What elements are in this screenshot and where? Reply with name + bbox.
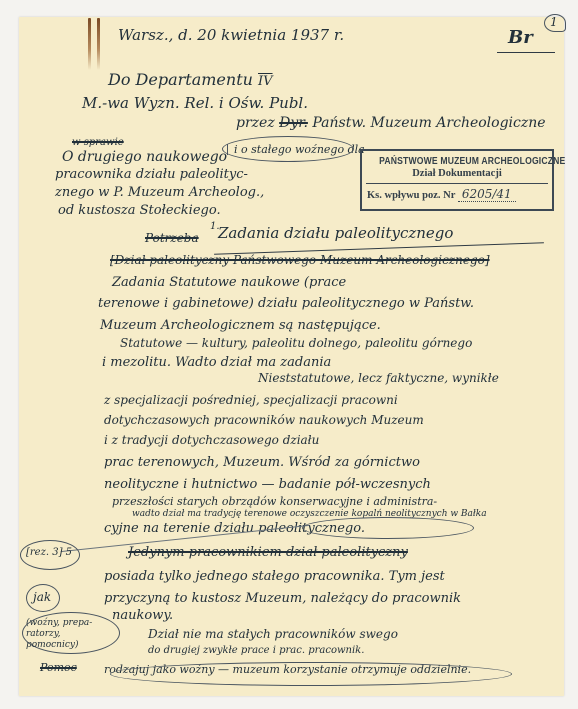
margin-note-3: (woźny, prepa-ratorzy, pomocnicy) (26, 618, 112, 650)
body-line: do drugiej zwykłe prace i prac. pracowni… (148, 646, 364, 656)
margin-note-4: Pomoc (40, 662, 77, 673)
stamp-entry: Ks. wpływu poz. Nr 6205/41 (367, 187, 552, 201)
subject-line-1: O drugiego naukowego (62, 150, 227, 164)
stamp-entry-number: 6205/41 (458, 187, 516, 202)
margin-note-1: [rez. 3] 5 (26, 548, 72, 558)
insertion-loop-bottom (110, 662, 512, 686)
body-line: Zadania Statutowe naukowe (prace (112, 276, 346, 289)
date-line: Warsz., d. 20 kwietnia 1937 r. (118, 28, 344, 43)
body-line: prac terenowych, Muzeum. Wśród za górnic… (104, 456, 420, 469)
heading: Zadania działu paleolitycznego (218, 226, 453, 241)
stamp-divider (366, 183, 548, 184)
addressee-line-3: przez Dyr. Państw. Muzeum Archeologiczne (236, 116, 546, 130)
archive-stamp: PAŃSTWOWE MUZEUM ARCHEOLOGICZNE Dział Do… (360, 149, 554, 211)
body-line: i mezolitu. Wadto dział ma zadania (102, 356, 331, 369)
body-line: posiada tylko jednego stałego pracownika… (104, 570, 445, 583)
heading-struck: Potrzeba (145, 232, 199, 244)
subject-line-3: znego w P. Muzeum Archeolog., (55, 186, 264, 199)
addressee-line-2: M.-wa Wyzn. Rel. i Ośw. Publ. (82, 96, 308, 111)
addressee-line-1: Do Departamentu IV (108, 72, 273, 88)
body-line: przyczyną to kustosz Muzeum, należący do… (104, 592, 461, 605)
margin-note-2: jak (33, 591, 51, 603)
stamp-department: Dział Dokumentacji (362, 168, 552, 179)
subject-line-2: pracownika działu paleolityc- (55, 168, 248, 181)
body-line: wadto dział ma tradycję terenowe oczyszc… (132, 510, 487, 519)
body-line: naukowy. (112, 609, 173, 622)
body-line: dotychczasowych pracowników naukowych Mu… (104, 414, 424, 426)
stamp-institution: PAŃSTWOWE MUZEUM ARCHEOLOGICZNE (379, 155, 535, 167)
body-line: neolityczne i hutnictwo — badanie pół-wc… (104, 478, 431, 491)
body-line: i z tradycji dotychczasowego działu (104, 434, 319, 446)
body-line: terenowe i gabinetowe) działu paleolityc… (98, 297, 474, 310)
initials-underline (497, 52, 555, 53)
page-number: 1 (550, 16, 558, 28)
initials: Br (508, 29, 533, 47)
subject-struck: w sprawie (72, 138, 124, 148)
subject-line-4: od kustosza Stołeckiego. (58, 204, 221, 217)
body-line: z specjalizacji pośredniej, specjalizacj… (104, 394, 398, 406)
margin-note-loop (222, 136, 354, 162)
body-line: przeszłości starych obrządów konserwacyj… (112, 496, 437, 507)
body-line: Dział nie ma stałych pracowników swego (148, 628, 398, 640)
staple-rust-mark (88, 18, 102, 70)
body-line: Jedynym pracownikiem dział paleolityczny (128, 546, 408, 559)
insertion-loop (302, 517, 474, 539)
body-line: Statutowe — kultury, paleolitu dolnego, … (120, 337, 472, 349)
body-line: Muzeum Archeologicznem są następujące. (100, 319, 381, 332)
body-line: [Dział paleolityczny Państwowego Muzeum … (110, 254, 490, 266)
body-line: Nieststatutowe, lecz faktyczne, wynikłe (258, 372, 499, 384)
